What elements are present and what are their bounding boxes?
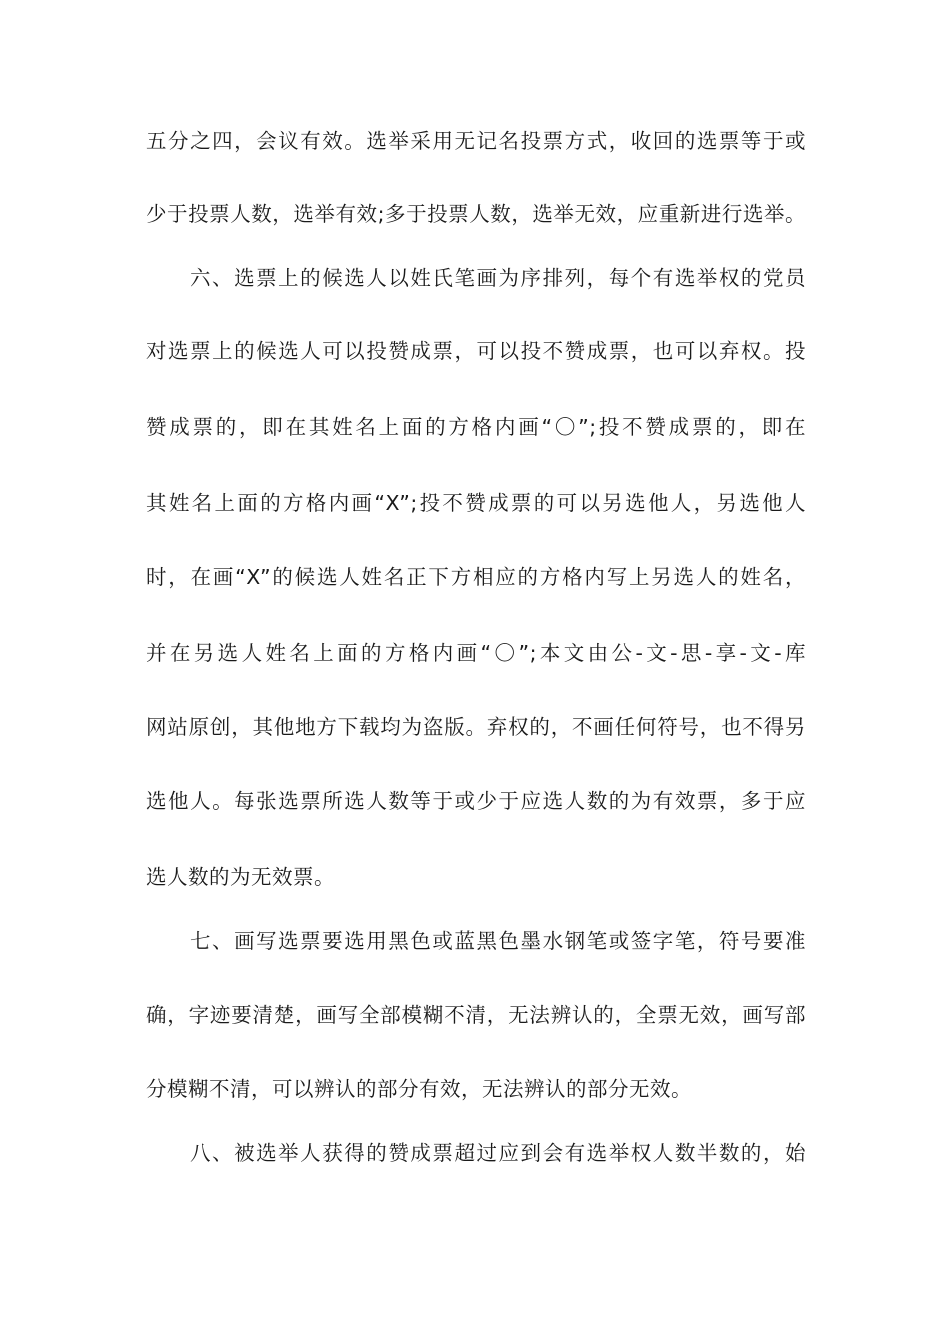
text-line-9: 网站原创，其他地方下载均为盗版。弃权的，不画任何符号，也不得另 bbox=[146, 712, 806, 742]
text-line-8: 并在另选人姓名上面的方格内画“〇”;本文由公-文-思-享-文-库 bbox=[146, 638, 806, 668]
document-page: 五分之四，会议有效。选举采用无记名投票方式，收回的选票等于或 少于投票人数，选举… bbox=[0, 0, 950, 1344]
text-line-3-section-six: 六、选票上的候选人以姓氏笔画为序排列，每个有选举权的党员 bbox=[190, 263, 806, 293]
text-line-12-section-seven: 七、画写选票要选用黑色或蓝黑色墨水钢笔或签字笔，符号要准 bbox=[190, 926, 806, 956]
text-line-7: 时，在画“X”的候选人姓名正下方相应的方格内写上另选人的姓名， bbox=[146, 562, 806, 592]
text-line-6: 其姓名上面的方格内画“X”;投不赞成票的可以另选他人，另选他人 bbox=[146, 488, 806, 518]
text-line-15-section-eight: 八、被选举人获得的赞成票超过应到会有选举权人数半数的，始 bbox=[190, 1138, 806, 1168]
text-line-11: 选人数的为无效票。 bbox=[146, 862, 806, 892]
text-line-1: 五分之四，会议有效。选举采用无记名投票方式，收回的选票等于或 bbox=[146, 126, 806, 156]
text-line-13: 确，字迹要清楚，画写全部模糊不清，无法辨认的，全票无效，画写部 bbox=[146, 1000, 806, 1030]
text-line-10: 选他人。每张选票所选人数等于或少于应选人数的为有效票，多于应 bbox=[146, 786, 806, 816]
text-line-5: 赞成票的，即在其姓名上面的方格内画“〇”;投不赞成票的，即在 bbox=[146, 412, 806, 442]
text-line-4: 对选票上的候选人可以投赞成票，可以投不赞成票，也可以弃权。投 bbox=[146, 336, 806, 366]
text-line-14: 分模糊不清，可以辨认的部分有效，无法辨认的部分无效。 bbox=[146, 1074, 806, 1104]
text-line-2: 少于投票人数，选举有效;多于投票人数，选举无效，应重新进行选举。 bbox=[146, 199, 806, 229]
